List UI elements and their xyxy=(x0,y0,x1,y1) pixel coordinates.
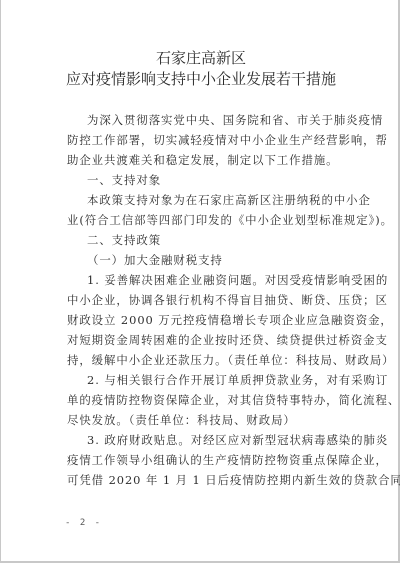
document-title-line1: 石家庄高新区 xyxy=(1,47,400,68)
section2-subheading: （一）加大金融财税支持 xyxy=(87,253,397,267)
document-title-line2: 应对疫情影响支持中小企业发展若干措施 xyxy=(1,68,400,89)
item2-line-3: 尽快发放。（责任单位：科技局、财政局） xyxy=(67,413,377,427)
section1-heading: 一、支持对象 xyxy=(87,173,397,187)
intro-line-2: 防控工作部署，切实减轻疫情对中小企业生产经营影响，帮 xyxy=(67,133,377,147)
item1-line-4: 对短期资金周转困难的企业按时还贷、续贷提供过桥资金支 xyxy=(67,333,377,347)
section1-line-2: 业(符合工信部等四部门印发的《中小企业划型标准规定》)。 xyxy=(67,213,377,227)
item3-line-3: 可凭借 2020 年 1 月 1 日后疫情防控期内新生效的贷款合同， xyxy=(67,473,377,487)
item1-line-2: 中小企业，协调各银行机构不得盲目抽贷、断贷、压贷；区 xyxy=(67,293,377,307)
item2-line-2: 单的疫情防控物资保障企业，对其信贷特事特办，简化流程、 xyxy=(67,393,377,407)
section2-heading: 二、支持政策 xyxy=(87,233,397,247)
item2-line-1: 2. 与相关银行合作开展订单质押贷款业务，对有采购订 xyxy=(87,373,397,387)
intro-line-3: 助企业共渡难关和稳定发展，制定以下工作措施。 xyxy=(67,153,377,167)
item3-line-1: 3. 政府财政贴息。对经区应对新型冠状病毒感染的肺炎 xyxy=(87,433,397,447)
item1-line-3: 财政设立 2000 万元控疫情稳增长专项企业应急融资资金， xyxy=(67,313,377,327)
item1-line-1: 1. 妥善解决困难企业融资问题。对因受疫情影响受困的 xyxy=(87,273,397,287)
item3-line-2: 疫情工作领导小组确认的生产疫情防控物资重点保障企业， xyxy=(67,453,377,467)
page-number: - 2 - xyxy=(65,518,102,528)
intro-line-1: 为深入贯彻落实党中央、国务院和省、市关于肺炎疫情 xyxy=(87,113,397,127)
section1-line-1: 本政策支持对象为在石家庄高新区注册纳税的中小企 xyxy=(87,193,397,207)
item1-line-5: 持，缓解中小企业还款压力。（责任单位：科技局、财政局） xyxy=(67,353,377,367)
document-page: 石家庄高新区 应对疫情影响支持中小企业发展若干措施 为深入贯彻落实党中央、国务院… xyxy=(0,0,400,563)
